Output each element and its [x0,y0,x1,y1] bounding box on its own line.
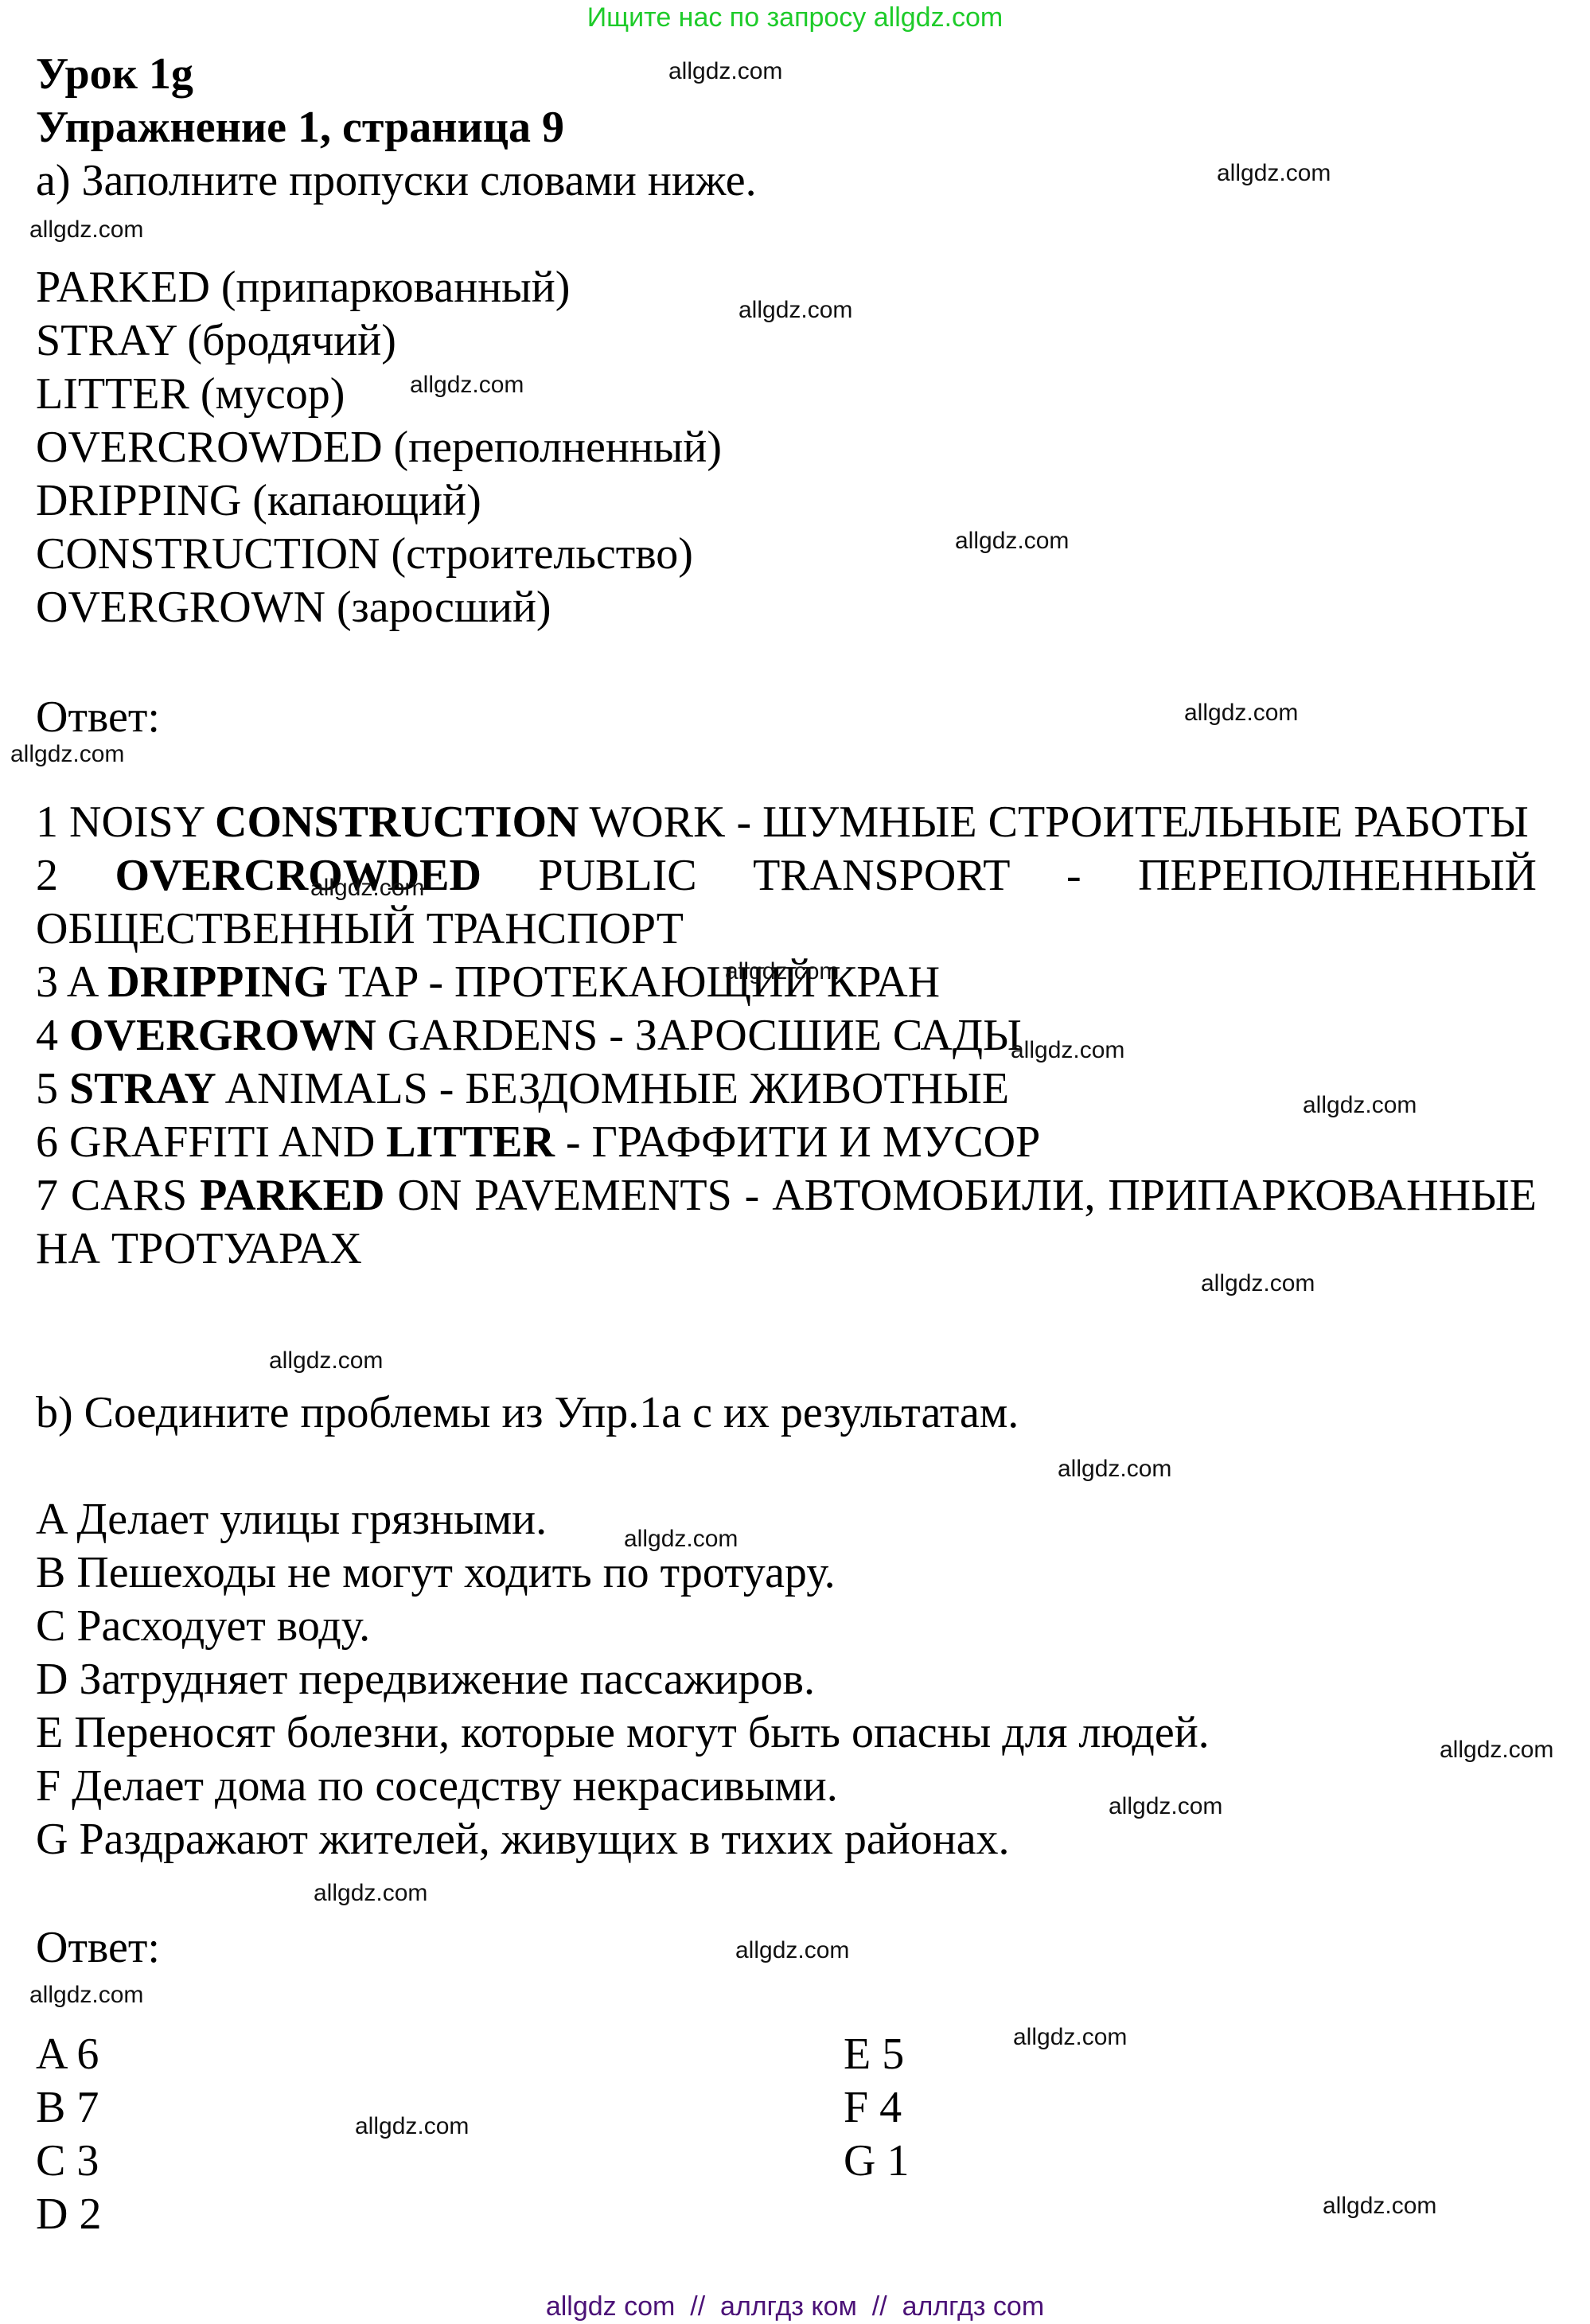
answers-a: 1 NOISY CONSTRUCTION WORK - ШУМНЫЕ СТРОИ… [36,796,1537,1276]
answer-label-text: Ответ: [36,691,160,744]
watermark: allgdz.com [668,59,782,84]
watermark: allgdz.com [1440,1737,1553,1763]
part-b-instruction-text: b) Соедините проблемы из Упр.1а с их рез… [36,1386,1019,1440]
watermark: allgdz.com [1303,1093,1417,1118]
match-answer: B 7 [36,2081,101,2135]
answer-label-b: Ответ: [36,1921,160,1975]
watermark: allgdz.com [1184,700,1298,726]
answers-b-right: E 5 F 4 G 1 [844,2028,909,2188]
result-item: G Раздражают жителей, живущих в тихих ра… [36,1813,1210,1866]
answer-label-text: Ответ: [36,1921,160,1975]
watermark: allgdz.com [29,1983,143,2008]
watermark: allgdz.com [1323,2193,1436,2219]
match-answer: E 5 [844,2028,909,2081]
watermark: allgdz.com [1011,1038,1124,1063]
watermark: allgdz.com [10,742,124,767]
exercise-title: Упражнение 1, страница 9 [36,101,757,154]
result-item: E Переносят болезни, которые могут быть … [36,1706,1210,1760]
answers-b-left: A 6 B 7 C 3 D 2 [36,2028,101,2241]
watermark: allgdz.com [738,298,852,323]
answer-label-a: Ответ: [36,691,160,744]
match-answer: F 4 [844,2081,909,2135]
word-item: DRIPPING (капающий) [36,474,722,528]
word-list: PARKED (припаркованный) STRAY (бродячий)… [36,261,722,634]
results-list: A Делает улицы грязными. B Пешеходы не м… [36,1493,1210,1866]
word-item: OVERCROWDED (переполненный) [36,421,722,474]
footer-banner: allgdz com // аллгдз ком // аллгдз com [0,2291,1590,2322]
answer-item: 4 OVERGROWN GARDENS - ЗАРОСШИЕ САДЫ [36,1009,1537,1063]
answer-item: 1 NOISY CONSTRUCTION WORK - ШУМНЫЕ СТРОИ… [36,796,1537,849]
answer-item: 2 OVERCROWDED PUBLIC TRANSPORT - ПЕРЕПОЛ… [36,849,1537,956]
word-item: LITTER (мусор) [36,368,722,421]
watermark: allgdz.com [1013,2025,1127,2050]
word-item: PARKED (припаркованный) [36,261,722,314]
watermark: allgdz.com [735,1938,849,1963]
match-answer: A 6 [36,2028,101,2081]
watermark: allgdz.com [310,875,424,901]
lesson-title: Урок 1g [36,48,757,101]
part-a-instruction: а) Заполните пропуски словами ниже. [36,154,757,208]
watermark: allgdz.com [1217,161,1331,186]
match-answer: G 1 [844,2135,909,2188]
watermark: allgdz.com [624,1527,738,1552]
part-b-instruction: b) Соедините проблемы из Упр.1а с их рез… [36,1386,1019,1440]
result-item: D Затрудняет передвижение пассажиров. [36,1653,1210,1706]
word-item: OVERGROWN (заросший) [36,581,722,634]
answer-item: 7 CARS PARKED ON PAVEMENTS - АВТОМОБИЛИ,… [36,1169,1537,1276]
watermark: allgdz.com [1058,1456,1171,1482]
word-item: STRAY (бродячий) [36,314,722,368]
watermark: allgdz.com [1109,1794,1222,1819]
result-item: F Делает дома по соседству некрасивыми. [36,1760,1210,1813]
top-banner: Ищите нас по запросу allgdz.com [0,2,1590,33]
header: Урок 1g Упражнение 1, страница 9 а) Запо… [36,48,757,208]
watermark: allgdz.com [269,1348,383,1374]
watermark: allgdz.com [314,1881,427,1906]
watermark: allgdz.com [725,959,839,985]
result-item: B Пешеходы не могут ходить по тротуару. [36,1546,1210,1600]
result-item: C Расходует воду. [36,1600,1210,1653]
watermark: allgdz.com [355,2114,469,2139]
watermark: allgdz.com [29,217,143,243]
match-answer: C 3 [36,2135,101,2188]
watermark: allgdz.com [955,528,1069,554]
result-item: A Делает улицы грязными. [36,1493,1210,1546]
watermark: allgdz.com [410,372,524,398]
watermark: allgdz.com [1201,1271,1315,1297]
word-item: CONSTRUCTION (строительство) [36,528,722,581]
answer-item: 6 GRAFFITI AND LITTER - ГРАФФИТИ И МУСОР [36,1116,1537,1169]
match-answer: D 2 [36,2188,101,2241]
